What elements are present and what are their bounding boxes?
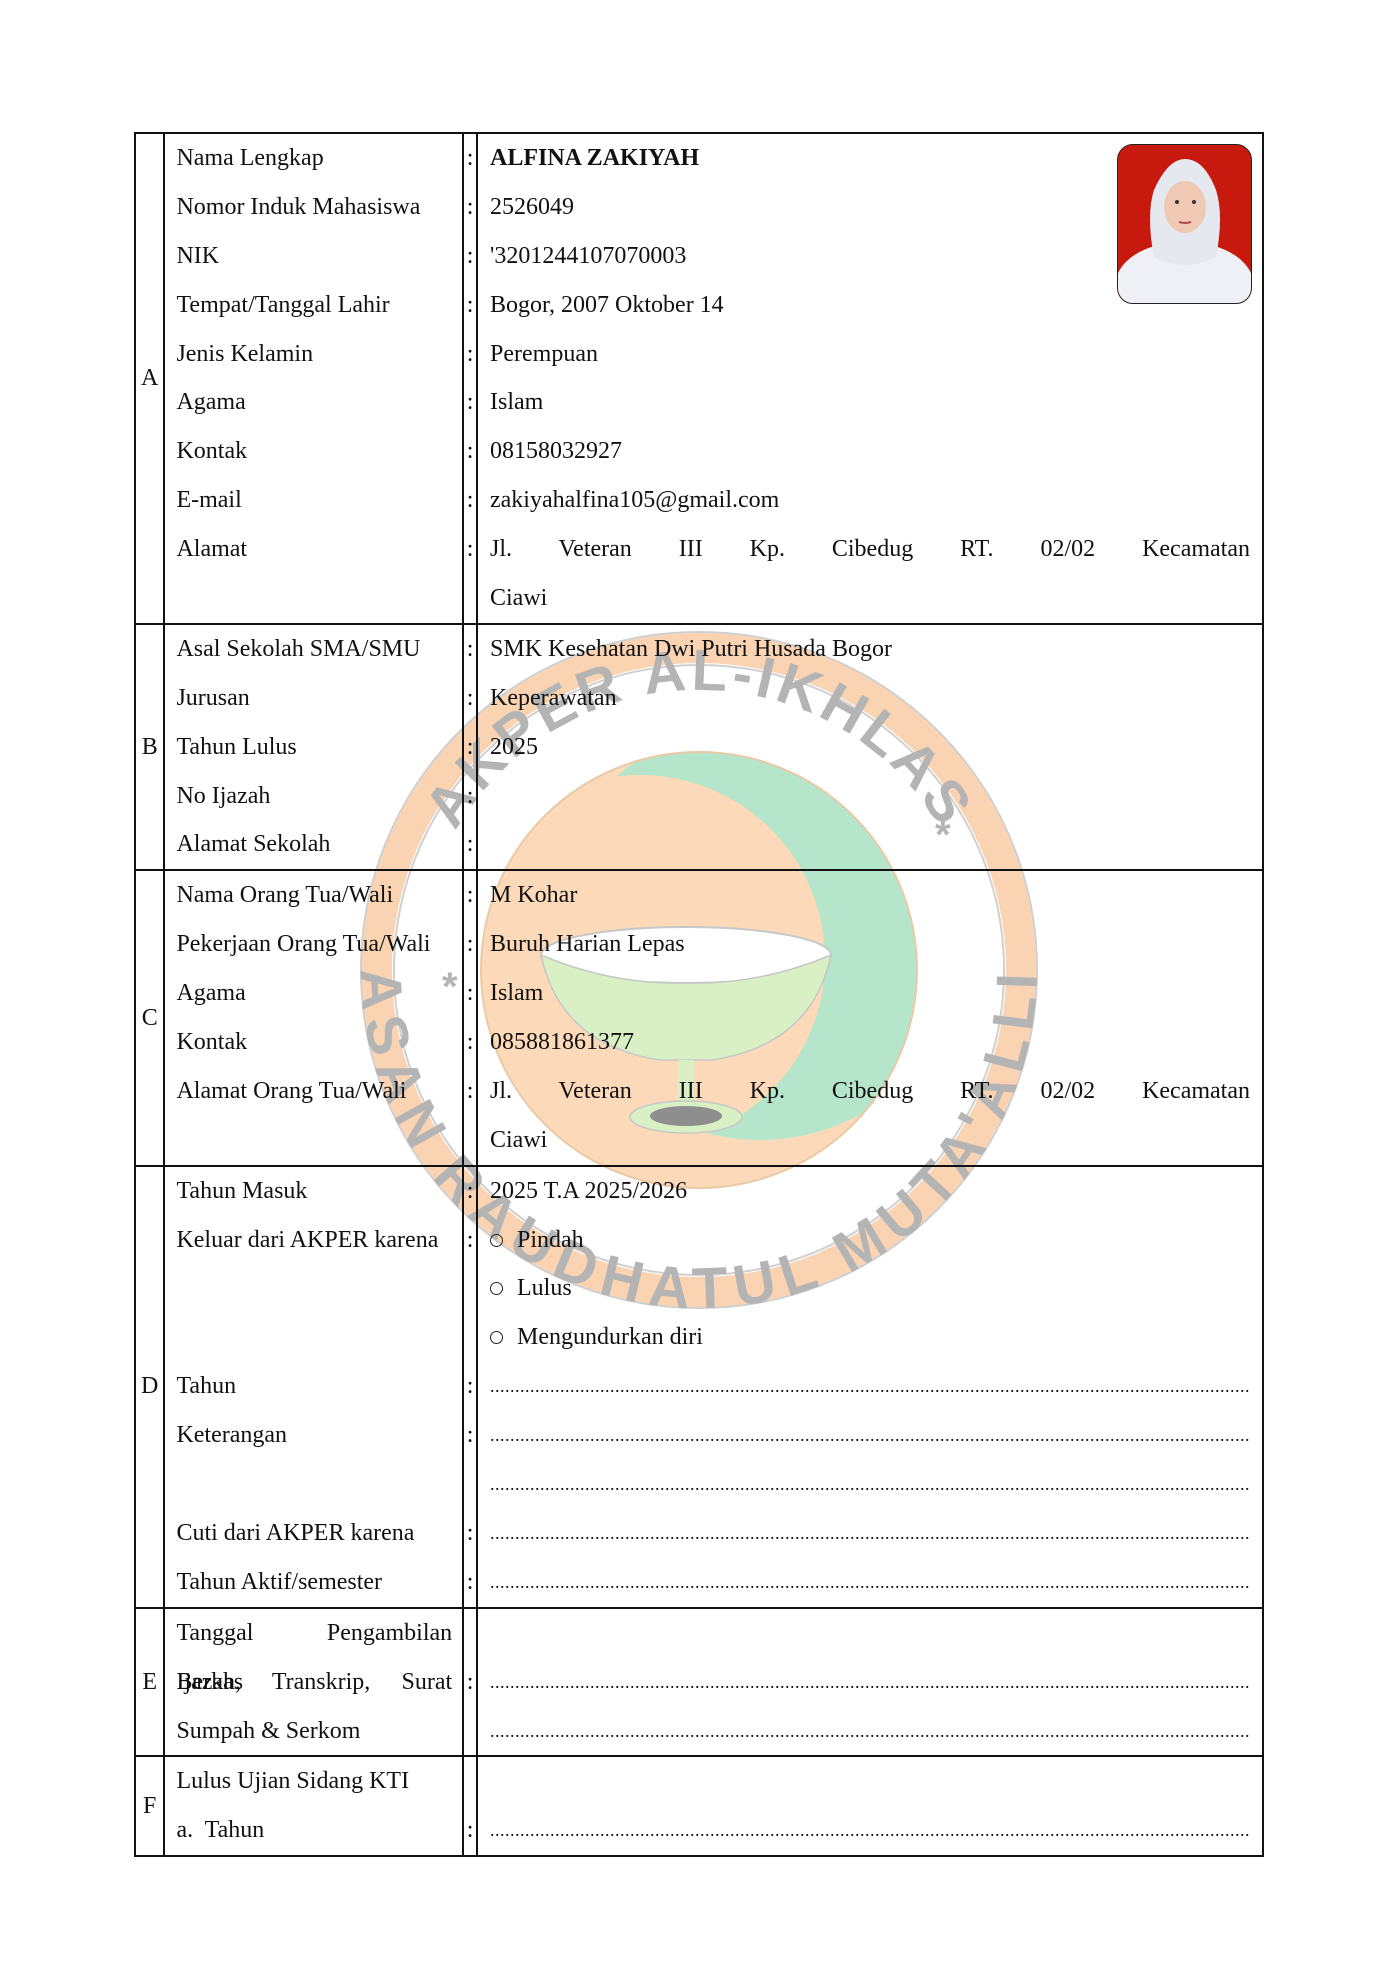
label-tanggal-pengambilan-1: Tanggal Pengambilan Berkas xyxy=(176,1609,452,1658)
label-tahun-masuk: Tahun Masuk xyxy=(176,1167,462,1216)
section-letter: E xyxy=(135,1608,164,1757)
value-email: zakiyahalfina105@gmail.com xyxy=(490,476,1250,525)
label-agama: Agama xyxy=(176,378,462,427)
label-nik: NIK xyxy=(176,232,462,281)
value-tahun-masuk: 2025 T.A 2025/2026 xyxy=(490,1167,1250,1216)
label-asal-sekolah: Asal Sekolah SMA/SMU xyxy=(176,625,462,674)
section-c-colons: : : : : : xyxy=(463,870,477,1165)
colon: : xyxy=(464,183,476,232)
section-b-labels: Asal Sekolah SMA/SMU Jurusan Tahun Lulus… xyxy=(164,624,463,870)
label-lulus-ujian: Lulus Ujian Sidang KTI xyxy=(176,1757,462,1806)
section-f-labels: Lulus Ujian Sidang KTI a. Tahun xyxy=(164,1756,463,1856)
section-d-colons: : : : : : : xyxy=(463,1166,477,1608)
value-kontak: 08158032927 xyxy=(490,427,1250,476)
value-alamat-line1: Jl. Veteran III Kp. Cibedug RT. 02/02 Ke… xyxy=(490,525,1250,574)
value-tahun-lulus: 2025 xyxy=(490,723,1250,772)
value-jurusan: Keperawatan xyxy=(490,674,1250,723)
value-alamat-line2: Ciawi xyxy=(490,574,1250,623)
section-letter: F xyxy=(135,1756,164,1856)
radio-circle-icon xyxy=(490,1234,503,1247)
colon: : xyxy=(464,920,476,969)
label-pekerjaan-ortu: Pekerjaan Orang Tua/Wali xyxy=(176,920,462,969)
colon: : xyxy=(464,525,476,574)
value-kontak-ortu: 085881861377 xyxy=(490,1018,1250,1067)
option-mengundurkan-diri[interactable]: Mengundurkan diri xyxy=(490,1313,1250,1362)
label-alamat: Alamat xyxy=(176,525,462,574)
section-letter: A xyxy=(135,133,164,624)
value-jenis-kelamin: Perempuan xyxy=(490,330,1250,379)
blank-tahun[interactable]: ........................................… xyxy=(490,1362,1250,1411)
radio-circle-icon xyxy=(490,1331,503,1344)
section-f-values: ........................................… xyxy=(477,1756,1263,1856)
colon: : xyxy=(464,969,476,1018)
section-d-labels: Tahun Masuk Keluar dari AKPER karena Tah… xyxy=(164,1166,463,1608)
colon: : xyxy=(464,427,476,476)
label-jenis-kelamin: Jenis Kelamin xyxy=(176,330,462,379)
section-f: F Lulus Ujian Sidang KTI a. Tahun : ....… xyxy=(135,1756,1263,1856)
label-cuti: Cuti dari AKPER karena xyxy=(176,1509,462,1558)
value-no-ijazah xyxy=(490,772,1250,821)
colon: : xyxy=(464,1018,476,1067)
section-e: E Tanggal Pengambilan Berkas Ijazah, Tra… xyxy=(135,1608,1263,1757)
person-photo-icon xyxy=(1118,145,1251,303)
section-e-labels: Tanggal Pengambilan Berkas Ijazah, Trans… xyxy=(164,1608,463,1757)
label-tanggal-pengambilan-2: Ijazah, Transkrip, Surat xyxy=(176,1658,452,1707)
blank-cuti[interactable]: ........................................… xyxy=(490,1509,1250,1558)
blank-tahun-aktif[interactable]: ........................................… xyxy=(490,1558,1250,1607)
section-e-values: ........................................… xyxy=(477,1608,1263,1757)
colon: : xyxy=(464,723,476,772)
colon: : xyxy=(464,820,476,869)
section-letter: C xyxy=(135,870,164,1165)
section-b-values: SMK Kesehatan Dwi Putri Husada Bogor Kep… xyxy=(477,624,1263,870)
option-pindah[interactable]: Pindah xyxy=(490,1216,1250,1265)
colon: : xyxy=(464,1806,476,1855)
radio-circle-icon xyxy=(490,1282,503,1295)
section-c-values: M Kohar Buruh Harian Lepas Islam 0858818… xyxy=(477,870,1263,1165)
section-letter: B xyxy=(135,624,164,870)
section-a-values: ALFINA ZAKIYAH 2526049 '3201244107070003… xyxy=(477,133,1263,624)
colon: : xyxy=(464,1558,476,1607)
value-pekerjaan-ortu: Buruh Harian Lepas xyxy=(490,920,1250,969)
value-alamat-sekolah xyxy=(490,820,1250,869)
colon: : xyxy=(464,1167,476,1216)
blank-tahun-kti[interactable]: ........................................… xyxy=(490,1806,1250,1855)
section-f-colons: : xyxy=(463,1756,477,1856)
colon: : xyxy=(464,134,476,183)
colon: : xyxy=(464,1067,476,1116)
label-kontak: Kontak xyxy=(176,427,462,476)
section-b-colons: : : : : : xyxy=(463,624,477,870)
label-kontak-ortu: Kontak xyxy=(176,1018,462,1067)
colon: : xyxy=(464,674,476,723)
label-alamat-ortu: Alamat Orang Tua/Wali xyxy=(176,1067,462,1116)
value-alamat-ortu-line2: Ciawi xyxy=(490,1116,1250,1165)
student-photo xyxy=(1117,144,1252,304)
section-a: A Nama Lengkap Nomor Induk Mahasiswa NIK… xyxy=(135,133,1263,624)
section-b: B Asal Sekolah SMA/SMU Jurusan Tahun Lul… xyxy=(135,624,1263,870)
section-letter: D xyxy=(135,1166,164,1608)
section-d: D Tahun Masuk Keluar dari AKPER karena T… xyxy=(135,1166,1263,1608)
value-alamat-ortu-line1: Jl. Veteran III Kp. Cibedug RT. 02/02 Ke… xyxy=(490,1067,1250,1116)
colon: : xyxy=(464,1509,476,1558)
label-tahun: Tahun xyxy=(176,1362,462,1411)
colon: : xyxy=(464,378,476,427)
option-lulus[interactable]: Lulus xyxy=(490,1264,1250,1313)
section-d-values: 2025 T.A 2025/2026 Pindah Lulus Mengundu… xyxy=(477,1166,1263,1608)
section-a-labels: Nama Lengkap Nomor Induk Mahasiswa NIK T… xyxy=(164,133,463,624)
colon: : xyxy=(464,476,476,525)
label-keluar: Keluar dari AKPER karena xyxy=(176,1216,462,1265)
value-asal-sekolah: SMK Kesehatan Dwi Putri Husada Bogor xyxy=(490,625,1250,674)
section-e-colons: : xyxy=(463,1608,477,1757)
label-agama-ortu: Agama xyxy=(176,969,462,1018)
section-c: C Nama Orang Tua/Wali Pekerjaan Orang Tu… xyxy=(135,870,1263,1165)
label-nama-ortu: Nama Orang Tua/Wali xyxy=(176,871,462,920)
value-nama-ortu: M Kohar xyxy=(490,871,1250,920)
blank-tanggal-pengambilan-2[interactable]: ........................................… xyxy=(490,1707,1250,1756)
value-agama-ortu: Islam xyxy=(490,969,1250,1018)
label-nim: Nomor Induk Mahasiswa xyxy=(176,183,462,232)
label-keterangan: Keterangan xyxy=(176,1411,462,1460)
label-nama-lengkap: Nama Lengkap xyxy=(176,134,462,183)
colon: : xyxy=(464,625,476,674)
label-no-ijazah: No Ijazah xyxy=(176,772,462,821)
blank-tanggal-pengambilan-1[interactable]: ........................................… xyxy=(490,1658,1250,1707)
section-c-labels: Nama Orang Tua/Wali Pekerjaan Orang Tua/… xyxy=(164,870,463,1165)
colon: : xyxy=(464,1411,476,1460)
blank-keterangan-2[interactable]: ........................................… xyxy=(490,1460,1250,1509)
label-tanggal-pengambilan-3: Sumpah & Serkom xyxy=(176,1707,452,1756)
label-ttl: Tempat/Tanggal Lahir xyxy=(176,281,462,330)
colon: : xyxy=(464,330,476,379)
colon: : xyxy=(464,1362,476,1411)
colon: : xyxy=(464,1658,476,1707)
label-tahun-aktif: Tahun Aktif/semester xyxy=(176,1558,462,1607)
label-jurusan: Jurusan xyxy=(176,674,462,723)
colon: : xyxy=(464,281,476,330)
label-tahun-lulus: Tahun Lulus xyxy=(176,723,462,772)
colon: : xyxy=(464,871,476,920)
student-data-form: A Nama Lengkap Nomor Induk Mahasiswa NIK… xyxy=(134,132,1264,1857)
colon: : xyxy=(464,232,476,281)
blank-keterangan-1[interactable]: ........................................… xyxy=(490,1411,1250,1460)
colon: : xyxy=(464,772,476,821)
value-agama: Islam xyxy=(490,378,1250,427)
label-email: E-mail xyxy=(176,476,462,525)
colon: : xyxy=(464,1216,476,1265)
section-a-colons: : : : : : : : : : xyxy=(463,133,477,624)
label-tahun-kti: a. Tahun xyxy=(176,1806,462,1855)
label-alamat-sekolah: Alamat Sekolah xyxy=(176,820,462,869)
